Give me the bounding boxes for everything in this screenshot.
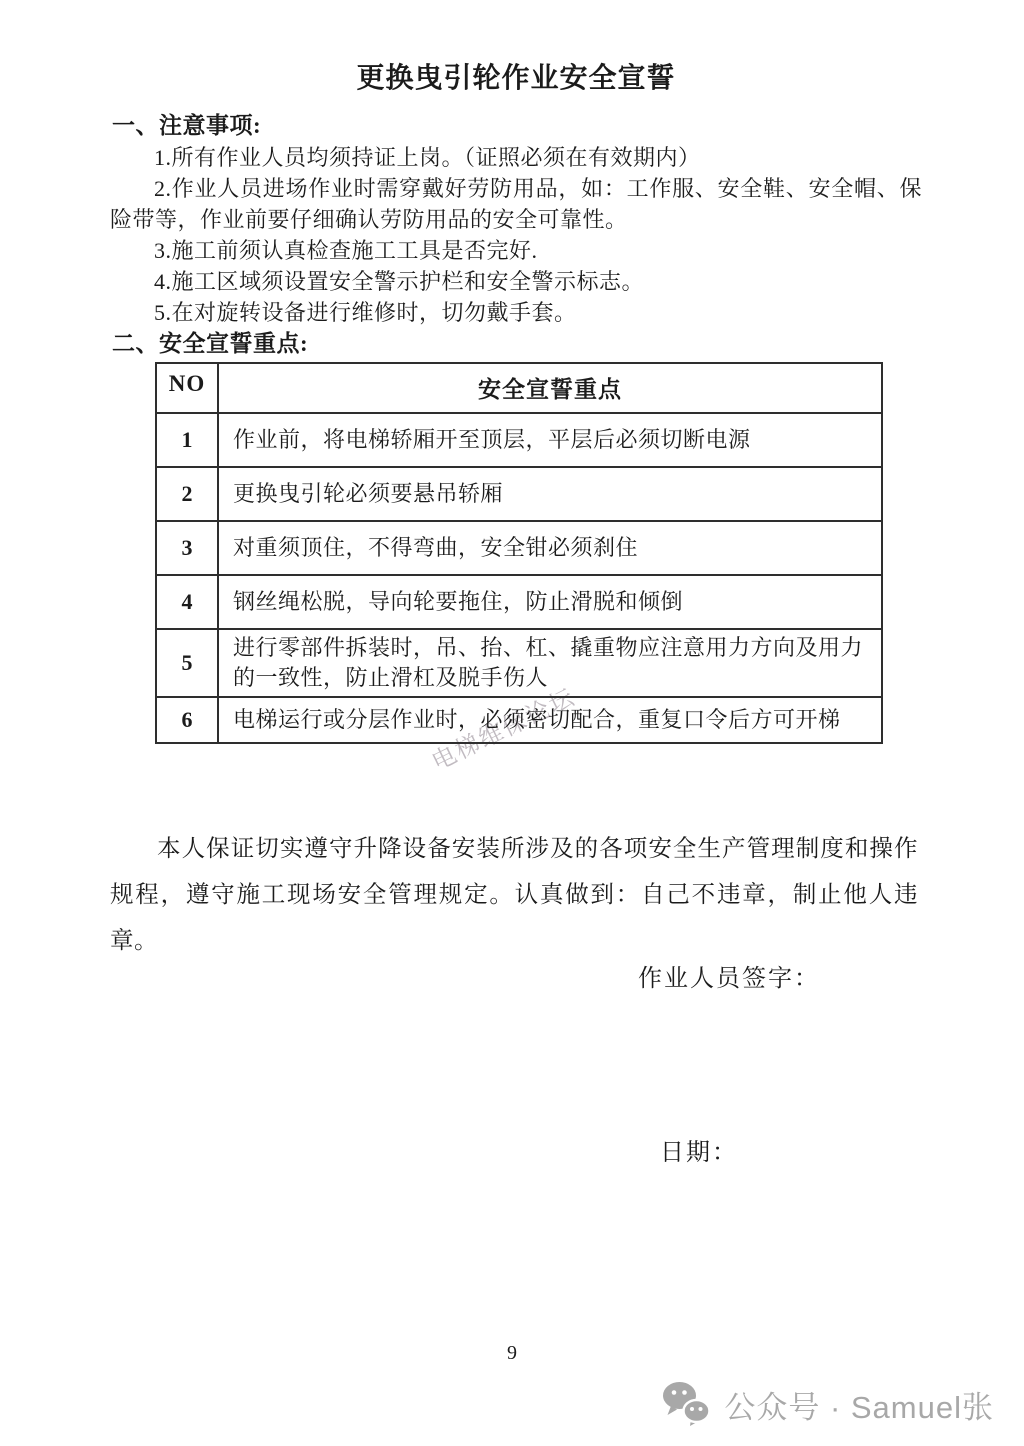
row-text: 钢丝绳松脱，导向轮要拖住，防止滑脱和倾倒 (218, 575, 882, 629)
table-row: 2 更换曳引轮必须要悬吊轿厢 (156, 467, 882, 521)
signature-label: 作业人员签字： (638, 958, 820, 993)
wechat-icon (660, 1380, 712, 1428)
note-item-1: 1.所有作业人员均须持证上岗。（证照必须在有效期内） (110, 142, 922, 173)
pledge-table: NO 安全宣誓重点 1 作业前，将电梯轿厢开至顶层，平层后必须切断电源 2 更换… (155, 362, 883, 744)
page-number: 9 (0, 1342, 1024, 1365)
row-text: 对重须顶住，不得弯曲，安全钳必须刹住 (218, 521, 882, 575)
table-row: 6 电梯运行或分层作业时，必须密切配合，重复口令后方可开梯 (156, 697, 882, 743)
row-number: 1 (156, 413, 218, 467)
row-text: 进行零部件拆装时，吊、抬、杠、撬重物应注意用力方向及用力的一致性，防止滑杠及脱手… (218, 629, 882, 697)
note-item-4: 4.施工区域须设置安全警示护栏和安全警示标志。 (110, 266, 922, 297)
row-text: 电梯运行或分层作业时，必须密切配合，重复口令后方可开梯 (218, 697, 882, 743)
row-number: 2 (156, 467, 218, 521)
pledge-paragraph: 本人保证切实遵守升降设备安装所涉及的各项安全生产管理制度和操作规程，遵守施工现场… (110, 826, 918, 964)
row-number: 6 (156, 697, 218, 743)
notes-section-heading: 一、注意事项: (110, 110, 922, 142)
page-title: 更换曳引轮作业安全宣誓 (110, 60, 922, 98)
table-row: 3 对重须顶住，不得弯曲，安全钳必须刹住 (156, 521, 882, 575)
footer-watermark-text: 公众号 · Samuel张 (724, 1382, 994, 1427)
row-number: 5 (156, 629, 218, 697)
note-item-5: 5.在对旋转设备进行维修时，切勿戴手套。 (110, 297, 922, 328)
row-text: 更换曳引轮必须要悬吊轿厢 (218, 467, 882, 521)
table-header-no: NO (156, 363, 218, 413)
document-page: 电梯维保论坛 更换曳引轮作业安全宣誓 一、注意事项: 1.所有作业人员均须持证上… (0, 0, 1024, 1446)
table-row: 4 钢丝绳松脱，导向轮要拖住，防止滑脱和倾倒 (156, 575, 882, 629)
document-content: 更换曳引轮作业安全宣誓 一、注意事项: 1.所有作业人员均须持证上岗。（证照必须… (110, 60, 922, 744)
table-row: 1 作业前，将电梯轿厢开至顶层，平层后必须切断电源 (156, 413, 882, 467)
date-label: 日期： (660, 1132, 738, 1167)
table-header-title: 安全宣誓重点 (218, 363, 882, 413)
table-header-row: NO 安全宣誓重点 (156, 363, 882, 413)
row-number: 3 (156, 521, 218, 575)
row-number: 4 (156, 575, 218, 629)
row-text: 作业前，将电梯轿厢开至顶层，平层后必须切断电源 (218, 413, 882, 467)
note-item-3: 3.施工前须认真检查施工工具是否完好. (110, 235, 922, 266)
footer-watermark: 公众号 · Samuel张 (660, 1380, 994, 1428)
table-row: 5 进行零部件拆装时，吊、抬、杠、撬重物应注意用力方向及用力的一致性，防止滑杠及… (156, 629, 882, 697)
note-item-2: 2.作业人员进场作业时需穿戴好劳防用品，如：工作服、安全鞋、安全帽、保险带等，作… (110, 173, 922, 235)
pledge-section-heading: 二、安全宣誓重点: (110, 328, 922, 360)
